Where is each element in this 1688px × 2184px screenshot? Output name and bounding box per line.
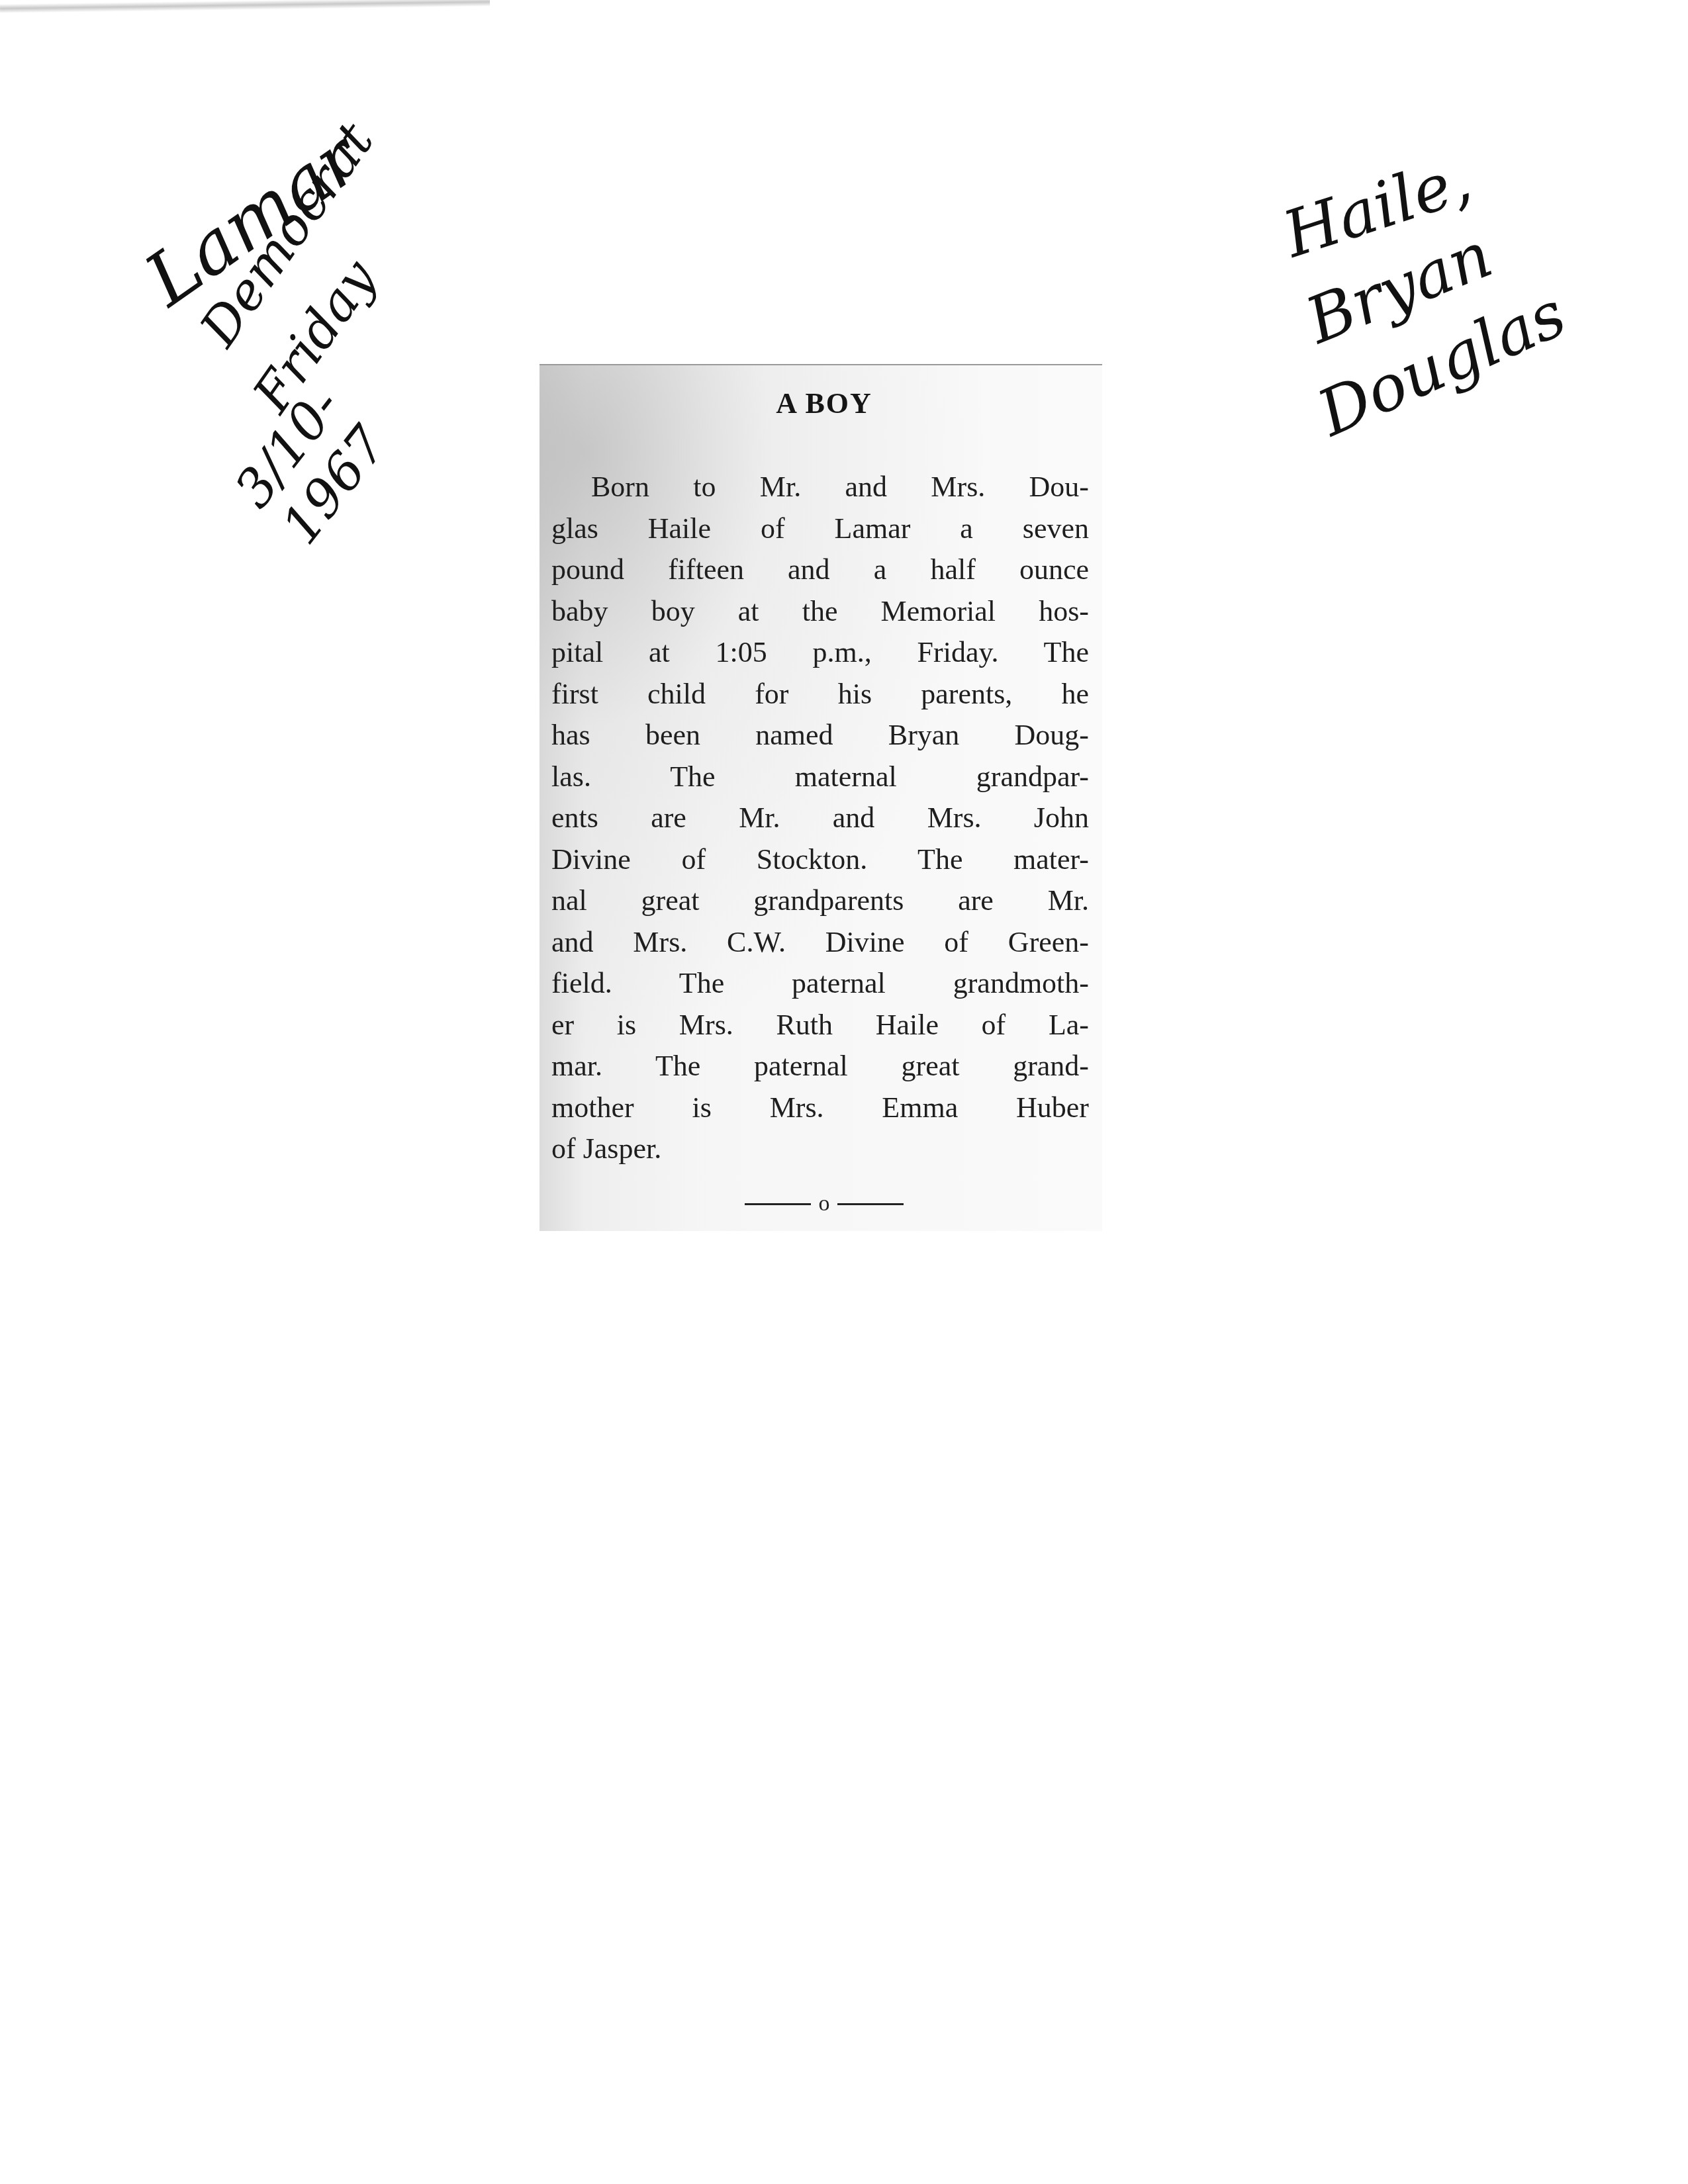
article-line: glas Haile of Lamar a seven xyxy=(551,508,1089,550)
article-line: las. The maternal grandpar- xyxy=(551,756,1089,798)
scan-edge-line xyxy=(0,0,490,13)
handwritten-source-note: Lamar Democrat Friday 3/10-1967 xyxy=(165,199,510,516)
article-line: first child for his parents, he xyxy=(551,674,1089,715)
article-line: and Mrs. C.W. Divine of Green- xyxy=(551,922,1089,964)
handwritten-line: 3/10-1967 xyxy=(224,331,436,555)
article-line: nal great grandparents are Mr. xyxy=(551,880,1089,922)
article-line: er is Mrs. Ruth Haile of La- xyxy=(551,1005,1089,1046)
article-line: has been named Bryan Doug- xyxy=(551,715,1089,756)
divider-rule xyxy=(837,1203,904,1205)
article-line: mother is Mrs. Emma Huber xyxy=(551,1087,1089,1129)
clipping-headline: A BOY xyxy=(551,387,1097,420)
section-divider: o xyxy=(745,1194,904,1214)
article-line: pital at 1:05 p.m., Friday. The xyxy=(551,632,1089,674)
newspaper-clipping: A BOY Born to Mr. and Mrs. Dou-glas Hail… xyxy=(539,364,1102,1231)
article-body: Born to Mr. and Mrs. Dou-glas Haile of L… xyxy=(551,467,1097,1170)
article-line: mar. The paternal great grand- xyxy=(551,1046,1089,1087)
article-line: field. The paternal grandmoth- xyxy=(551,963,1089,1005)
article-line: pound fifteen and a half ounce xyxy=(551,549,1089,591)
divider-ornament-icon: o xyxy=(819,1194,830,1214)
divider-rule xyxy=(745,1203,811,1205)
article-line: Born to Mr. and Mrs. Dou- xyxy=(551,467,1089,508)
handwritten-name-note: Haile, Bryan Douglas xyxy=(1284,185,1589,490)
article-line: of Jasper. xyxy=(551,1128,1089,1170)
article-line: baby boy at the Memorial hos- xyxy=(551,591,1089,633)
article-line: ents are Mr. and Mrs. John xyxy=(551,797,1089,839)
article-line: Divine of Stockton. The mater- xyxy=(551,839,1089,881)
